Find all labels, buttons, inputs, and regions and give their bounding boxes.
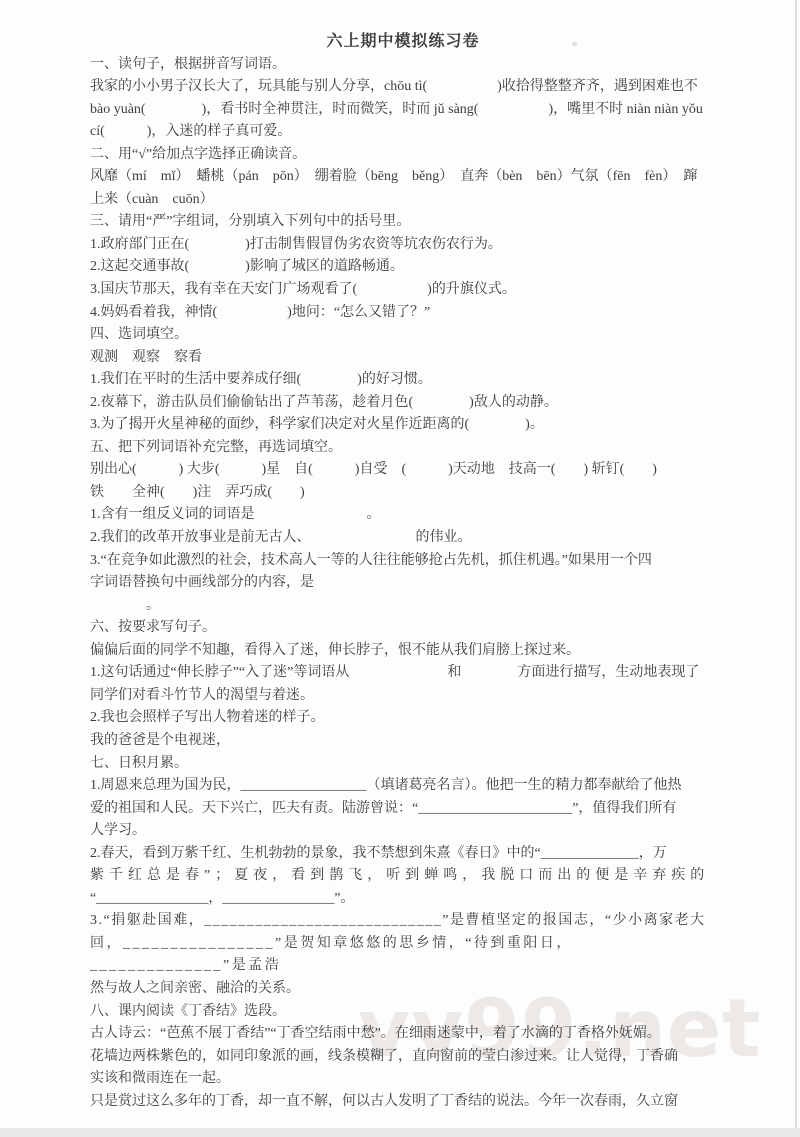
document-line: 2.我也会照样子写出人物着迷的样子。 [90, 707, 716, 730]
page-right-edge [795, 0, 797, 1137]
document-line: 1.政府部门正在( )打击制售假冒伪劣农资等坑农伤农行为。 [90, 234, 716, 257]
document-line: 字词语替换句中画线部分的内容，是 [90, 572, 716, 595]
document-line: cí( )，入迷的样子真可爱。 [90, 121, 716, 144]
document-line: 1.含有一组反义词的词语是 。 [90, 504, 716, 527]
scanned-exam-document: { "doc": { "title": "六上期中模拟练习卷", "lines"… [0, 0, 800, 1137]
document-line: 2.这起交通事故( )影响了城区的道路畅通。 [90, 256, 716, 279]
document-line: 只是赏过这么多年的丁香，却一直不解，何以古人发明了丁香结的说法。今年一次春雨，久… [90, 1091, 716, 1114]
document-line: 花墙边两株紫色的，如同印象派的画，线条模糊了，直向窗前的莹白渗过来。让人觉得，丁… [90, 1046, 716, 1069]
document-line: 偏偏后面的同学不知趣，看得入了迷，伸长脖子，恨不能从我们肩膀上探过来。 [90, 640, 716, 663]
document-line: 2.春天，看到万紫千红、生机勃勃的景象，我不禁想到朱熹《春日》中的“______… [90, 843, 716, 866]
document-line: 古人诗云：“芭蕉不展丁香结”“丁香空结雨中愁”。在细雨迷蒙中，着了水滴的丁香格外… [90, 1023, 716, 1046]
document-line: 紫千红总是春”；夏夜，看到鹊飞，听到蝉鸣，我脱口而出的便是辛弃疾的 [90, 865, 716, 888]
section-6-heading: 六、按要求写句子。 [90, 617, 716, 640]
document-line: 我家的小小男子汉长大了，玩具能与别人分享，chōu tì( )收拾得整整齐齐，遇… [90, 76, 716, 99]
section-1-heading: 一、读句子，根据拼音写词语。 [90, 54, 716, 77]
document-line: 风靡（mí mǐ） 蟠桃（pán pōn） 绷着脸（bēng běng） 直奔（… [90, 166, 716, 189]
document-line: 1.周恩来总理为国为民，__________________（填诸葛亮名言）。他… [90, 775, 716, 798]
document-line: 3.“在竞争如此激烈的社会，技术高人一等的人往往能够抢占先机，抓住机遇。”如果用… [90, 550, 716, 573]
document-line: 铁 全神( )注 弄巧成( ) [90, 482, 716, 505]
document-line: “________________，________________”。 [90, 888, 716, 911]
document-line: 然与故人之间亲密、融洽的关系。 [90, 978, 716, 1001]
document-line: 人学习。 [90, 820, 716, 843]
document-line: 4.妈妈看着我，神情( )地问：“怎么又错了？” [90, 302, 716, 325]
document-line: 。 [90, 595, 716, 618]
document-line: 1.这句话通过“伸长脖子”“入了迷”等词语从 和 方面进行描写，生动地表现了 [90, 662, 716, 685]
section-2-heading: 二、用“√”给加点字选择正确读音。 [90, 144, 716, 167]
document-content: 六上期中模拟练习卷 一、读句子，根据拼音写词语。 我家的小小男子汉长大了，玩具能… [90, 31, 716, 1113]
document-line: 3.为了揭开火星神秘的面纱，科学家们决定对火星作近距离的( )。 [90, 414, 716, 437]
section-7-heading: 七、日积月累。 [90, 753, 716, 776]
section-5-heading: 五、把下列词语补充完整，再选词填空。 [90, 437, 716, 460]
document-line: 别出心( ) 大步( )星 自( )自受 ( )天动地 技高一( ) 斩钉( ) [90, 459, 716, 482]
document-line: 观测 观察 察看 [90, 347, 716, 370]
document-line: bào yuàn( )，看书时全神贯注，时而微笑，时而 jǔ sàng( )，嘴… [90, 99, 716, 122]
document-line: 同学们对看斗竹节人的渴望与着迷。 [90, 685, 716, 708]
document-line: 爱的祖国和人民。天下兴亡，匹夫有责。陆游曾说：“________________… [90, 798, 716, 821]
document-line: 上来（cuàn cuōn） [90, 189, 716, 212]
document-title: 六上期中模拟练习卷 [90, 31, 716, 54]
document-line: 3.国庆节那天，我有幸在天安门广场观看了( )的升旗仪式。 [90, 279, 716, 302]
scan-artifact-dot [572, 42, 577, 46]
section-4-heading: 四、选词填空。 [90, 324, 716, 347]
document-line: 2.我们的改革开放事业是前无古人、 的伟业。 [90, 527, 716, 550]
document-line: 回，________________”是贺知章悠悠的思乡情，“待到重阳日，___… [90, 933, 716, 978]
section-8-heading: 八、课内阅读《丁香结》选段。 [90, 1001, 716, 1024]
document-line: 2.夜幕下，游击队员们偷偷钻出了芦苇荡，趁着月色( )敌人的动静。 [90, 392, 716, 415]
document-line: 1.我们在平时的生活中要养成仔细( )的好习惯。 [90, 369, 716, 392]
document-line: 实该和微雨连在一起。 [90, 1068, 716, 1091]
section-3-heading: 三、请用“严”字组词，分别填入下列句中的括号里。 [90, 211, 716, 234]
document-line: 我的爸爸是个电视迷， [90, 730, 716, 753]
document-line: 3.“捐躯赴国难，____________________________”是曹… [90, 910, 716, 933]
exam-page: vv99.net 六上期中模拟练习卷 一、读句子，根据拼音写词语。 我家的小小男… [0, 0, 800, 1137]
page-bottom-edge [0, 1128, 800, 1137]
